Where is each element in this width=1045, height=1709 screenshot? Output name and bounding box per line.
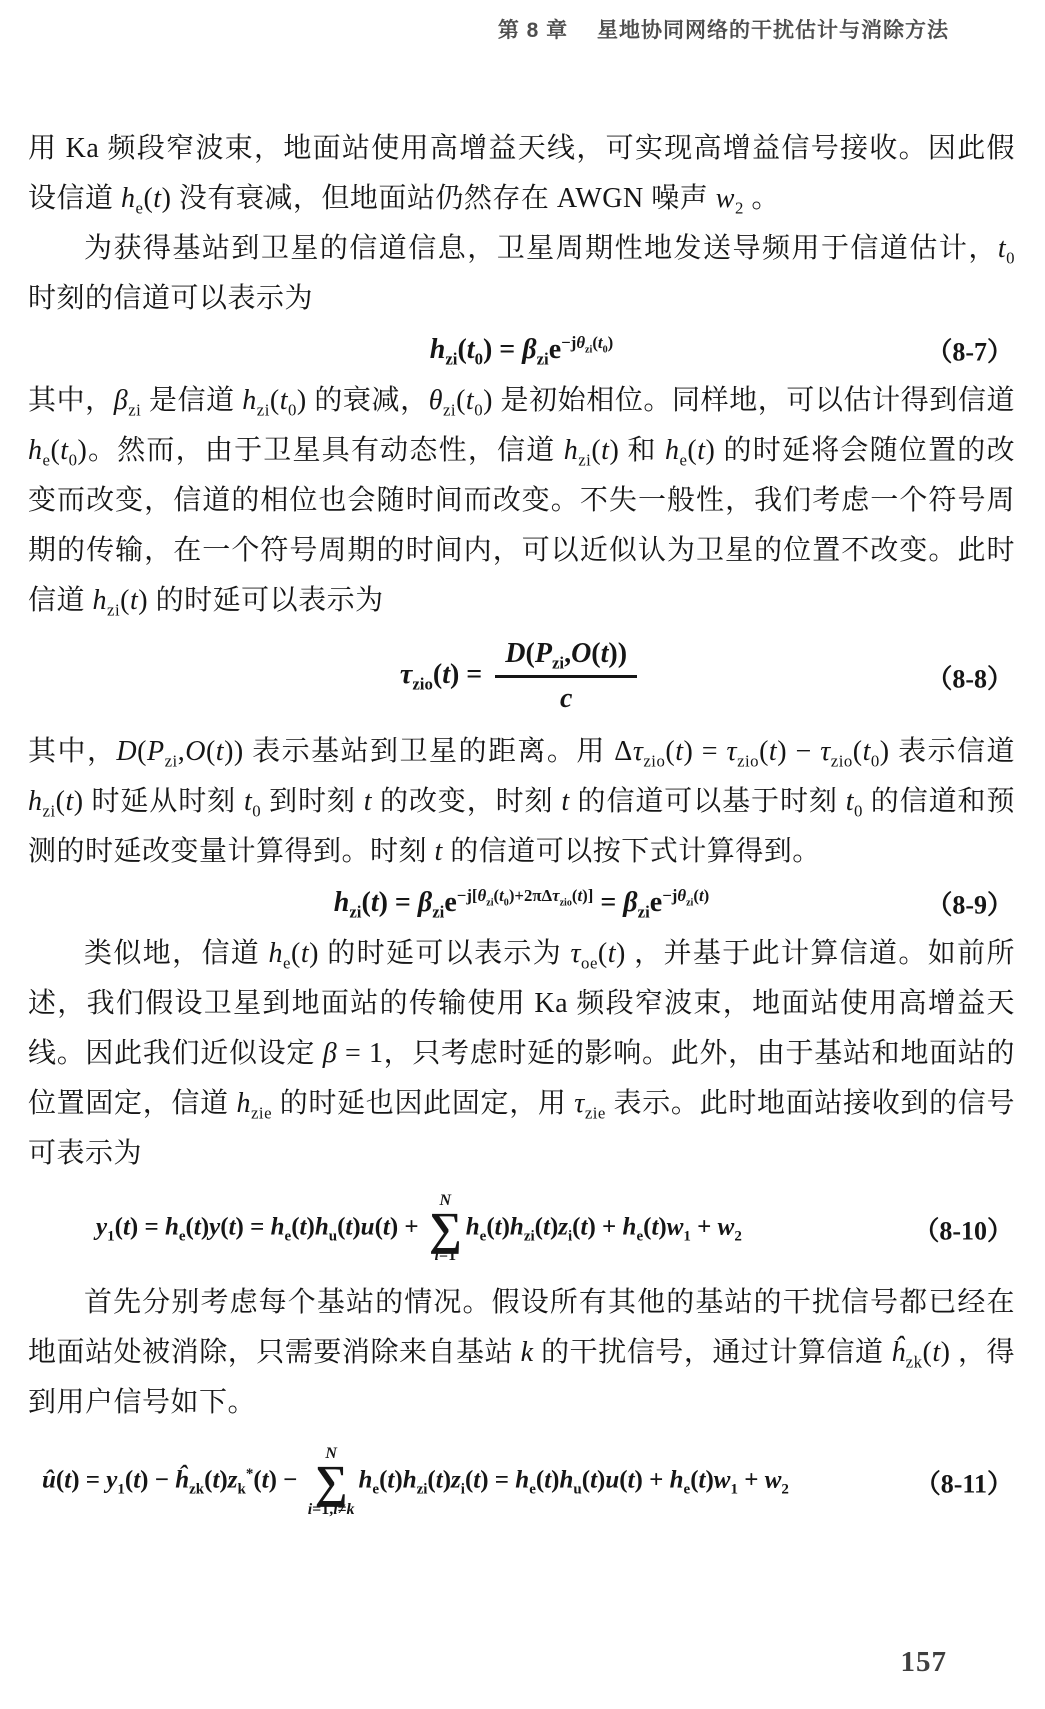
- paragraph-channel-attenuation: 其中，βzi 是信道 hzi(t0) 的衰减，θzi(t0) 是初始相位。同样地…: [28, 376, 1015, 626]
- equation-8-8-number: （8-8）: [926, 658, 1013, 695]
- equation-8-10-number: （8-10）: [913, 1210, 1013, 1247]
- equation-8-11-number: （8-11）: [915, 1464, 1013, 1501]
- equation-8-10: y1(t) = he(t)y(t) = he(t)hu(t)u(t) + N∑i…: [28, 1193, 1015, 1264]
- paragraph-delay-change: 其中，D(Pzi,O(t)) 表示基站到卫星的距离。用 Δτzio(t) = τ…: [28, 727, 1015, 877]
- page-body: 用 Ka 频段窄波束，地面站使用高增益天线，可实现高增益信号接收。因此假设信道 …: [28, 124, 1015, 1518]
- paragraph-ground-station: 类似地，信道 he(t) 的时延可以表示为 τoe(t) ，并基于此计算信道。如…: [28, 929, 1015, 1179]
- running-header: 第 8 章 星地协同网络的干扰估计与消除方法: [498, 14, 949, 44]
- equation-8-8: τzio(t) = D(Pzi,O(t))c （8-8）: [28, 636, 1015, 717]
- equation-8-7-number: （8-7）: [926, 332, 1013, 369]
- paragraph-ka-band: 用 Ka 频段窄波束，地面站使用高增益天线，可实现高增益信号接收。因此假设信道 …: [28, 124, 1015, 224]
- paragraph-interference-cancellation: 首先分别考虑每个基站的情况。假设所有其他的基站的干扰信号都已经在地面站处被消除，…: [28, 1278, 1015, 1428]
- page-number: 157: [901, 1646, 948, 1679]
- equation-8-11: û(t) = y1(t) − ĥzk(t)zk*(t) − N∑i=1,i≠kh…: [28, 1446, 1015, 1517]
- equation-8-9: hzi(t) = βzie−j[θzi(t0)+2πΔτzio(t)] = βz…: [28, 887, 1015, 919]
- equation-8-7: hzi(t0) = βzie−jθzi(t0) （8-7）: [28, 334, 1015, 366]
- equation-8-7-formula: hzi(t0) = βzie−jθzi(t0): [430, 334, 613, 366]
- equation-8-11-formula: û(t) = y1(t) − ĥzk(t)zk*(t) − N∑i=1,i≠kh…: [42, 1446, 789, 1517]
- equation-8-10-formula: y1(t) = he(t)y(t) = he(t)hu(t)u(t) + N∑i…: [96, 1193, 742, 1264]
- paragraph-pilot-channel: 为获得基站到卫星的信道信息，卫星周期性地发送导频用于信道估计，t0 时刻的信道可…: [28, 224, 1015, 324]
- document-page: 第 8 章 星地协同网络的干扰估计与消除方法 用 Ka 频段窄波束，地面站使用高…: [0, 0, 1045, 1709]
- equation-8-8-formula: τzio(t) = D(Pzi,O(t))c: [400, 636, 643, 717]
- equation-8-9-number: （8-9）: [926, 885, 1013, 922]
- equation-8-9-formula: hzi(t) = βzie−j[θzi(t0)+2πΔτzio(t)] = βz…: [334, 887, 709, 919]
